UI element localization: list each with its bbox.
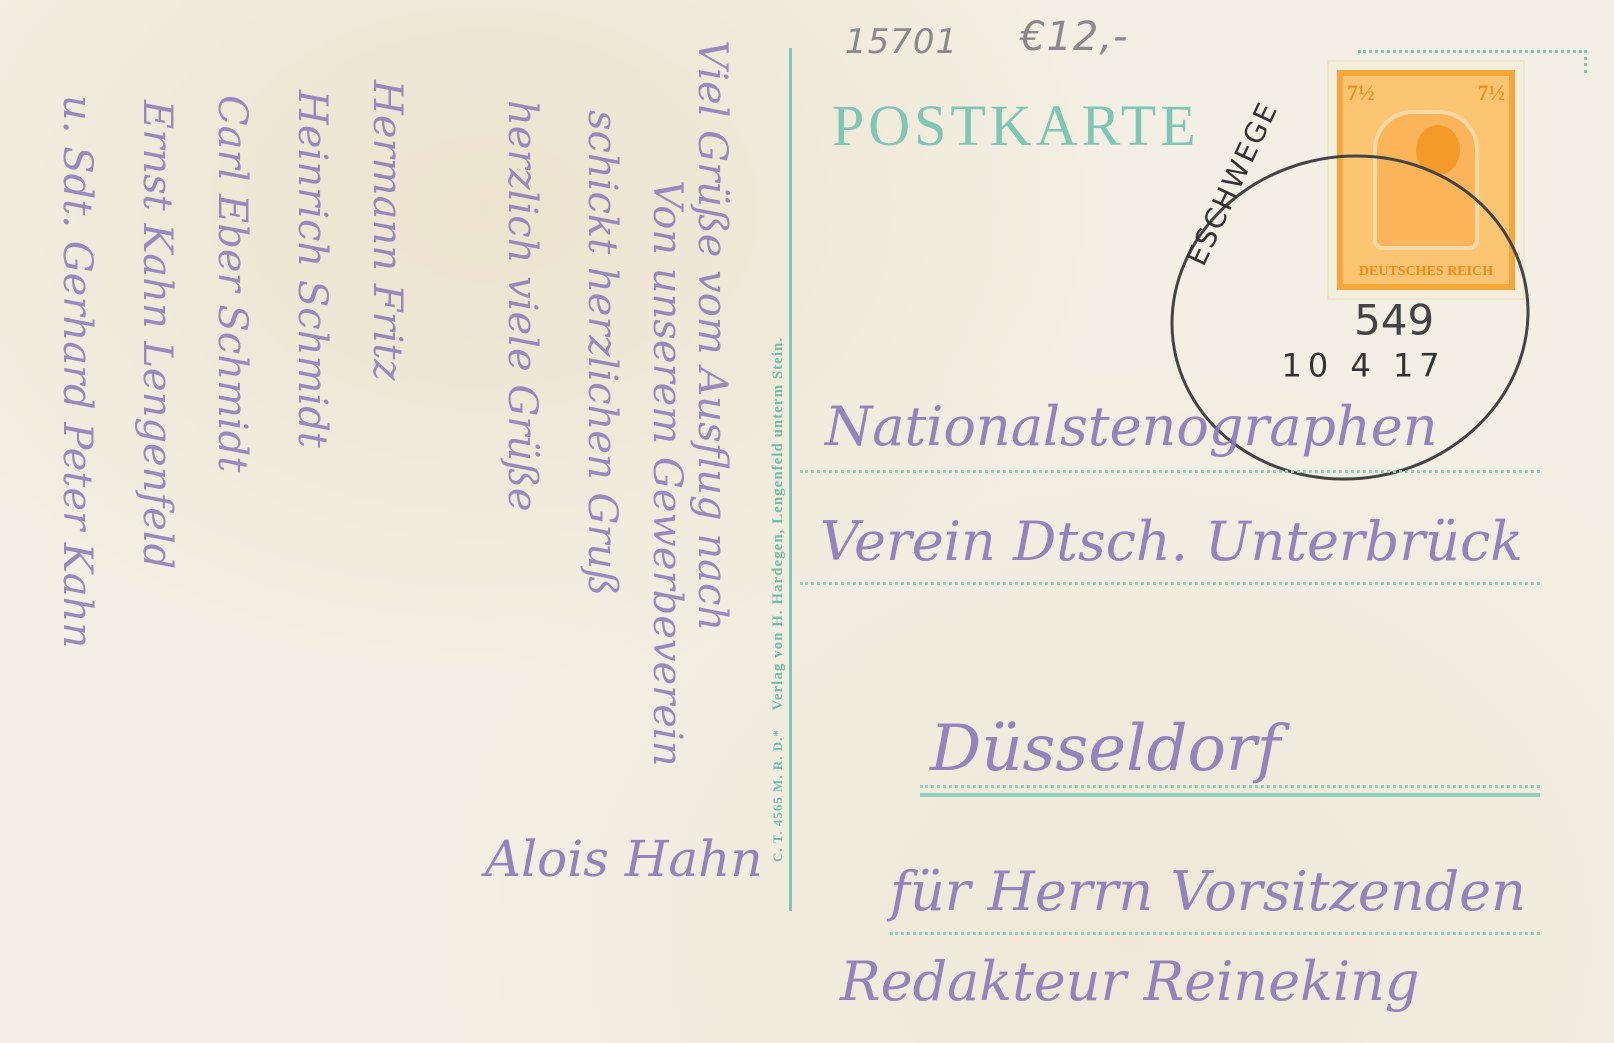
signature: Alois Hahn [485, 830, 763, 888]
publisher-code: C. T. 4565 M. R. D.* [770, 729, 785, 862]
stamp-value-right: 7½ [1478, 80, 1506, 106]
message-line-4: herzlich viele Grüße [499, 100, 545, 512]
address-line-3: Düsseldorf [930, 712, 1280, 786]
message-line-1: Viel Grüße vom Ausflug nach [689, 40, 735, 631]
address-line-1: Nationalstenographen [825, 395, 1437, 458]
address-line-5: Redakteur Reineking [840, 950, 1419, 1013]
address-line-4: für Herrn Vorsitzenden [890, 860, 1526, 923]
center-divider [789, 48, 792, 911]
message-line-7: Carl Eber Schmidt [209, 95, 255, 472]
address-line-2: Verein Dtsch. Unterbrück [820, 510, 1523, 573]
message-line-5: Hermann Fritz [364, 80, 410, 381]
address-rule-4 [890, 932, 1540, 935]
message-line-9: u. Sdt. Gerhard Peter Kahn [54, 95, 100, 648]
message-line-3: schickt herzlichen Gruß [579, 110, 625, 596]
publisher-imprint: C. T. 4565 M. R. D.* Verlag von H. Harde… [770, 337, 787, 862]
message-line-6: Heinrich Schmidt [289, 90, 335, 448]
address-rule-3-solid [920, 793, 1540, 797]
address-rule-2 [800, 582, 1540, 585]
pencil-price: €12,- [1020, 14, 1129, 60]
pencil-catalog-number: 15701 [845, 22, 958, 62]
message-line-8: Ernst Kahn Lengenfeld [134, 100, 180, 569]
publisher-line: Verlag von H. Hardegen, Lengenfeld unter… [770, 337, 786, 711]
message-line-2: Von unserem Gewerbeverein [644, 180, 690, 766]
postcard-title: POSTKARTE [832, 92, 1200, 159]
address-rule-1 [800, 470, 1540, 473]
postcard: 15701 €12,- POSTKARTE C. T. 4565 M. R. D… [0, 0, 1614, 1043]
postmark-number: 549 [1354, 295, 1434, 344]
postmark-date: 10 4 17 [1282, 346, 1446, 384]
stamp-value-left: 7½ [1347, 80, 1375, 106]
